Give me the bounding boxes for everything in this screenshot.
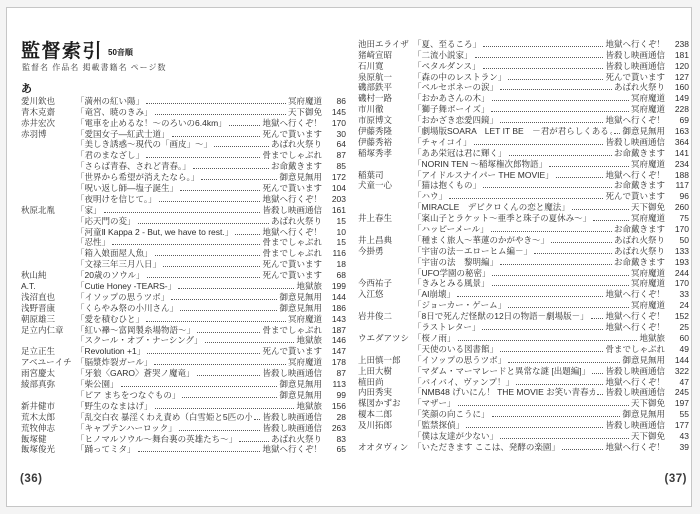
dot-leader: [138, 450, 261, 452]
index-row: 市原博文「おかざき恋愛四鏡」地獄へ行くぞ！69: [358, 114, 689, 125]
dot-leader: [474, 143, 604, 145]
dot-leader: [500, 88, 612, 90]
book-name: 地獄へ行くぞ！: [605, 322, 665, 332]
page-ref: 144: [322, 292, 346, 302]
index-row: 「文禄三年三月八日」死んで貰います18: [21, 258, 346, 269]
dot-leader: [197, 331, 260, 333]
book-name: 地獄へ行くぞ！: [605, 39, 665, 49]
work-title: 「電車を止めるな！〜のろいの6.4km」: [76, 118, 227, 128]
work-title: 「NMB48 げいにん！ THE MOVIE お笑い青春ガールズ！」: [413, 387, 595, 397]
page-ref: 263: [322, 423, 346, 433]
director-name: 及川拓郎: [358, 420, 413, 430]
page-ref: 68: [322, 270, 346, 280]
dot-leader: [180, 189, 260, 191]
index-row: 「世界から希望が消えたなら。」御意見無用172: [21, 171, 346, 182]
page-ref: 322: [665, 366, 689, 376]
page-ref: 144: [665, 355, 689, 365]
dot-leader: [146, 320, 286, 322]
index-row: 「応天門の変」あばれ火祭り15: [21, 215, 346, 226]
director-name: 雨宮慶太: [21, 368, 76, 378]
dot-leader: [235, 233, 260, 235]
dot-leader: [492, 274, 629, 276]
index-row: 赤羽博「愛国女子―紅武士道」死んで貰います30: [21, 128, 346, 139]
page-ref: 170: [665, 224, 689, 234]
book-name: お命戴きます: [614, 257, 665, 267]
book-name: 冥府魔道: [631, 278, 665, 288]
dot-leader: [516, 383, 604, 385]
book-name: 皆殺し映画通信: [262, 368, 322, 378]
dot-leader: [239, 440, 269, 442]
index-row: 「君のまなざし」骨までしゃぶれ87: [21, 149, 346, 160]
work-title: 「森の中のレストラン」: [413, 72, 506, 82]
dot-leader: [147, 276, 261, 278]
page-ref: 64: [322, 139, 346, 149]
page-ref: 28: [322, 412, 346, 422]
book-name: 地獄へ行くぞ！: [262, 227, 322, 237]
page-ref: 55: [665, 409, 689, 419]
page-ref: 120: [665, 61, 689, 71]
work-title: 「忍性」: [76, 237, 110, 247]
dot-leader: [197, 374, 261, 376]
work-title: 「満州の紅い陽」: [76, 96, 144, 106]
page-ref: 149: [665, 93, 689, 103]
index-row: 秋山純「20歳のソウル」死んで貰います68: [21, 269, 346, 280]
work-title: 「Cutie Honey -TEARS-」: [76, 281, 176, 291]
book-name: 地獄旅: [639, 333, 665, 343]
work-title: 「脳漿炸裂ガール」: [76, 357, 152, 367]
director-name: 飯塚健: [21, 434, 76, 444]
dot-leader: [492, 415, 621, 417]
index-row: A.T.「Cutie Honey -TEARS-」地獄旅199: [21, 280, 346, 291]
book-name: 天下御免: [631, 202, 665, 212]
page-ref: 33: [665, 289, 689, 299]
director-name: 伊藤秀裕: [358, 137, 413, 147]
book-name: 皆殺し映画通信: [262, 412, 322, 422]
dot-leader: [483, 45, 603, 47]
dot-leader: [121, 385, 278, 387]
work-title: 「愛国女子―紅武士道」: [76, 129, 170, 139]
page-ref: 163: [665, 126, 689, 136]
dot-leader: [112, 243, 260, 245]
page-ref: 104: [322, 183, 346, 193]
work-title: 「世界から希望が消えたなら。」: [76, 172, 199, 182]
work-title: 「チャイコイ」: [413, 137, 472, 147]
index-row: 猪崎宣昭「二流小説家」皆殺し映画通信181: [358, 49, 689, 60]
book-name: 皆殺し映画通信: [605, 61, 665, 71]
work-title: 「案山子とラケット〜亜季と珠子の夏休み〜」: [413, 213, 591, 223]
dot-leader: [491, 230, 612, 232]
work-title: 「おかあさんの木」: [413, 93, 490, 103]
director-name: 綾部真弥: [21, 379, 76, 389]
director-name: 猪崎宣昭: [358, 50, 413, 60]
index-row: 及川拓郎「監禁探偵」皆殺し映画通信177: [358, 419, 689, 430]
page-ref: 245: [665, 387, 689, 397]
page-ref: 43: [665, 431, 689, 441]
dot-leader: [193, 167, 269, 169]
work-title: 「家」: [76, 205, 102, 215]
book-name: お命戴きます: [614, 224, 665, 234]
book-name: あばれ火祭り: [271, 139, 322, 149]
work-title: 「紅い襷〜富岡製糸場物語〜」: [76, 325, 195, 335]
dot-leader: [592, 372, 603, 374]
index-row: 足立内仁章「紅い襷〜富岡製糸場物語〜」骨までしゃぶれ187: [21, 324, 346, 335]
page-ref: 49: [665, 344, 689, 354]
work-title: 「ジョーカー・ゲーム」: [413, 300, 506, 310]
index-row: 稲葉司「アイドルスナイパー THE MOVIE」地獄へ行くぞ！188: [358, 169, 689, 180]
page-ref: 47: [665, 377, 689, 387]
dot-leader: [154, 363, 286, 365]
dot-leader: [457, 295, 603, 297]
page-ref: 24: [665, 300, 689, 310]
page-ref: 143: [322, 314, 346, 324]
work-title: 「監禁探偵」: [413, 420, 464, 430]
work-title: 「8日で死んだ怪獣の12日の物語－劇場版－」: [413, 311, 589, 321]
index-row: 「宇宙の法 黎明編」お命戴きます193: [358, 256, 689, 267]
page-ref: 177: [665, 420, 689, 430]
dot-leader: [138, 222, 269, 224]
book-name: 御意見無用: [279, 379, 322, 389]
work-title: 「夜明けを信じて。」: [76, 194, 157, 204]
work-title: 「桜ノ雨」: [413, 333, 456, 343]
page-ref: 60: [665, 333, 689, 343]
work-title: 「マダム・マーマレードと異常な謎 [出題編]」: [413, 366, 590, 376]
book-name: 皆殺し映画通信: [605, 366, 665, 376]
index-row: 「ピア まちをつなぐもの」御意見無用99: [21, 389, 346, 400]
director-name: 秋山純: [21, 270, 76, 280]
book-name: 冥府魔道: [288, 357, 322, 367]
dot-leader: [556, 176, 604, 178]
index-row: 飯塚健「ヒノマルソウル〜舞台裏の英雄たち〜」あばれ火祭り83: [21, 433, 346, 444]
page-ref: 146: [322, 335, 346, 345]
work-title: 「宇宙の法 黎明編」: [413, 257, 498, 267]
index-row: 池田エライザ「夏、至るころ」地獄へ行くぞ！238: [358, 38, 689, 49]
dot-leader: [534, 252, 612, 254]
index-row: 磯村一路「おかあさんの木」冥府魔道149: [358, 92, 689, 103]
book-name: 冥府魔道: [631, 268, 665, 278]
book-name: 骨までしゃぶれ: [262, 325, 322, 335]
dot-leader: [483, 67, 604, 69]
index-row: 「呪い返し師―塩子誕生」死んで貰います104: [21, 182, 346, 193]
dot-leader: [458, 339, 638, 341]
index-row: 泉原航一「森の中のレストラン」死んで貰います127: [358, 71, 689, 82]
page-ref: 145: [322, 107, 346, 117]
director-name: 飯塚俊光: [21, 444, 76, 454]
director-name: 池田エライザ: [358, 39, 413, 49]
dot-leader: [171, 298, 277, 300]
index-row: 「箱入娘面屋人魚」骨までしゃぶれ116: [21, 247, 346, 258]
book-name: 御意見無用: [622, 126, 665, 136]
work-title: 「バイバイ、ヴァンプ！」: [413, 377, 514, 387]
dot-leader: [254, 418, 261, 420]
index-row: 新井健市「野生のなまはげ」地獄旅156: [21, 400, 346, 411]
dot-leader: [500, 121, 603, 123]
dot-leader: [155, 407, 295, 409]
dot-leader: [146, 156, 260, 158]
page-ref: 228: [665, 104, 689, 114]
director-name: 今西祐子: [358, 278, 413, 288]
page-ref: 234: [665, 159, 689, 169]
dot-leader: [172, 135, 261, 137]
page-ref: 18: [322, 259, 346, 269]
index-right-column: 池田エライザ「夏、至るころ」地獄へ行くぞ！238猪崎宣昭「二流小説家」皆殺し映画…: [358, 38, 689, 452]
director-name: 青木克齋: [21, 107, 76, 117]
dot-leader: [163, 265, 260, 267]
dot-leader: [500, 263, 612, 265]
dot-leader: [159, 200, 261, 202]
director-name: 磯村一路: [358, 93, 413, 103]
page-ref: 181: [665, 50, 689, 60]
page-ref: 172: [322, 172, 346, 182]
book-name: お命戴きます: [271, 161, 322, 171]
page-ref: 156: [322, 401, 346, 411]
index-row: 「天使のいる図書館」骨までしゃぶれ49: [358, 343, 689, 354]
book-name: 皆殺し映画通信: [262, 205, 322, 215]
work-title: 「20歳のソウル」: [76, 270, 145, 280]
work-title: 「踊ってミタ」: [76, 444, 136, 454]
book-name: 皆殺し映画通信: [605, 387, 665, 397]
book-name: 御意見無用: [279, 390, 322, 400]
director-name: 伊藤秀隆: [358, 126, 413, 136]
director-name: 犬童一心: [358, 180, 413, 190]
work-title: 「アイドルスナイパー THE MOVIE」: [413, 170, 554, 180]
work-title: 「君のまなざし」: [76, 150, 144, 160]
page-ref: 199: [322, 281, 346, 291]
page-ref: 161: [322, 205, 346, 215]
dot-leader: [146, 102, 286, 104]
work-title: 「笑顔の向こうに」: [413, 409, 490, 419]
dot-leader: [508, 306, 629, 308]
work-title: 「二流小説家」: [413, 50, 473, 60]
work-title: 「AI崩壊」: [413, 289, 455, 299]
director-name: オオタヴィン: [358, 442, 413, 452]
index-row: 雨宮慶太「牙狼〈GARO〉蒼哭ノ魔竜」皆殺し映画通信87: [21, 367, 346, 378]
director-name: 新井健市: [21, 401, 76, 411]
director-name: 岩井俊二: [358, 311, 413, 321]
work-title: 「NORIN TEN 〜稲塚権次郎物語」: [413, 159, 547, 169]
book-name: 地獄へ行くぞ！: [605, 311, 665, 321]
dot-leader: [482, 328, 603, 330]
book-name: 地獄旅: [296, 335, 322, 345]
page-ref: 170: [322, 118, 346, 128]
director-name: 入江悠: [358, 289, 413, 299]
dot-leader: [491, 110, 629, 112]
index-row: 「MIRACLE デビクロくんの恋と魔法」天下御免260: [358, 201, 689, 212]
book-name: 死んで貰います: [605, 72, 665, 82]
book-name: 冥府魔道: [631, 300, 665, 310]
work-title: 「ピア まちをつなぐもの」: [76, 390, 180, 400]
director-name: 愛川欽也: [21, 96, 76, 106]
index-row: 足立正生「Revolution +1」死んで貰います147: [21, 345, 346, 356]
book-name: 御意見無用: [622, 355, 665, 365]
index-row: 磯部鉄平「ペルセポネーの涙」あばれ火祭り160: [358, 82, 689, 93]
book-name: 皆殺し映画通信: [605, 50, 665, 60]
book-name: 地獄へ行くぞ！: [262, 194, 322, 204]
book-name: 天下御免: [631, 398, 665, 408]
dot-leader: [179, 429, 261, 431]
index-row: 稲塚秀孝「ああ栄冠は君に輝く」お命戴きます141: [358, 147, 689, 158]
page-ref: 87: [322, 150, 346, 160]
index-row: 「忍性」骨までしゃぶれ15: [21, 237, 346, 248]
dot-leader: [597, 393, 603, 395]
director-name: 赤井宏次: [21, 118, 76, 128]
page-ref: 364: [665, 137, 689, 147]
index-row: アベユーイチ「脳漿炸裂ガール」冥府魔道178: [21, 356, 346, 367]
director-name: 赤羽博: [21, 129, 76, 139]
index-row: 今掛勇「宇宙の法－エローヒム編－」あばれ火祭り133: [358, 245, 689, 256]
dot-leader: [449, 197, 603, 199]
work-title: 「夏、至るころ」: [413, 39, 481, 49]
book-name: 冥府魔道: [631, 213, 665, 223]
index-row: 「僕は友達が少ない」天下御免43: [358, 430, 689, 441]
work-title: 「ああ栄冠は君に輝く」: [413, 148, 507, 158]
book-name: 地獄へ行くぞ！: [605, 115, 665, 125]
index-row: 「ハウ」死んで貰います96: [358, 190, 689, 201]
index-row: 市川徹「獅子舞ボーイズ」冥府魔道228: [358, 103, 689, 114]
page-ref: 141: [665, 148, 689, 158]
book-name: 天下御免: [288, 107, 322, 117]
page-ref: 50: [665, 235, 689, 245]
book-name: 死んで貰います: [605, 191, 665, 201]
book-name: 死んで貰います: [262, 183, 322, 193]
director-name: 市原博文: [358, 115, 413, 125]
book-name: 地獄へ行くぞ！: [605, 170, 665, 180]
director-name: 楳図かずお: [358, 398, 413, 408]
index-row: 赤井宏次「電車を止めるな！〜のろいの6.4km」地獄へ行くぞ！170: [21, 117, 346, 128]
dot-leader: [201, 178, 277, 180]
director-name: ウエダアツシ: [358, 333, 413, 343]
page-ref: 203: [322, 194, 346, 204]
work-title: 「ペタルダンス」: [413, 61, 481, 71]
page-ref: 96: [665, 191, 689, 201]
book-name: 地獄へ行くぞ！: [605, 442, 665, 452]
index-row: 楳図かずお「マザー」天下御免197: [358, 397, 689, 408]
index-row: 「ラストレター」地獄へ行くぞ！25: [358, 321, 689, 332]
page-ref: 30: [322, 129, 346, 139]
work-title: 「応天門の変」: [76, 216, 136, 226]
page-ref: 87: [322, 368, 346, 378]
work-title: 「ラストレター」: [413, 322, 480, 332]
page-ref: 133: [665, 246, 689, 256]
index-row: 「美しき誘惑〜現代の「画皮」〜」あばれ火祭り64: [21, 139, 346, 150]
page-ref: 178: [322, 357, 346, 367]
director-name: アベユーイチ: [21, 357, 76, 367]
page-ref: 39: [665, 442, 689, 452]
work-title: 「天使のいる図書館」: [413, 344, 498, 354]
page-ref: 238: [665, 39, 689, 49]
director-name: 朝原雄三: [21, 314, 76, 324]
page-ref: 244: [665, 268, 689, 278]
director-name: 市川徹: [358, 104, 413, 114]
dot-leader: [549, 165, 629, 167]
page-ref: 193: [665, 257, 689, 267]
book-name: 皆殺し映画通信: [605, 137, 665, 147]
page-ref: 152: [665, 311, 689, 321]
book-name: あばれ火祭り: [271, 216, 322, 226]
index-row: 井上昌典「種まく旅人〜華蓮のかがやき〜」あばれ火祭り50: [358, 234, 689, 245]
page-ref: 187: [322, 325, 346, 335]
work-title: 「きみとみる風景」: [413, 278, 490, 288]
dot-leader: [509, 154, 612, 156]
book-name: お命戴きます: [614, 148, 665, 158]
dot-leader: [458, 404, 629, 406]
book-name: あばれ火祭り: [614, 82, 665, 92]
dot-leader: [475, 56, 604, 58]
book-name: 御意見無用: [622, 409, 665, 419]
index-row: 荒牧伸志「キャプテンハーロック」皆殺し映画通信263: [21, 422, 346, 433]
book-name: 冥府魔道: [631, 104, 665, 114]
dot-leader: [492, 284, 629, 286]
page-ref: 86: [322, 96, 346, 106]
index-row: 「ハッピーメール」お命戴きます170: [358, 223, 689, 234]
book-name: 冥府魔道: [288, 96, 322, 106]
director-name: 荒木太郎: [21, 412, 76, 422]
work-title: 「呪い返し師―塩子誕生」: [76, 183, 178, 193]
work-title: 「獅子舞ボーイズ」: [413, 104, 489, 114]
folio-right: (37): [665, 473, 687, 485]
dot-leader: [500, 350, 603, 352]
director-name: 内田秀実: [358, 387, 413, 397]
page-ref: 65: [322, 444, 346, 454]
dot-leader: [508, 78, 603, 80]
work-title: 「いただきます ここは、発酵の楽園」: [413, 442, 560, 452]
page-ref: 116: [322, 248, 346, 258]
page-ref: 113: [322, 379, 346, 389]
work-title: 「MIRACLE デビクロくんの恋と魔法」: [413, 202, 570, 212]
page-ref: 75: [665, 213, 689, 223]
index-row: 「ジョーカー・ゲーム」冥府魔道24: [358, 299, 689, 310]
work-title: 「ヒノマルソウル〜舞台裏の英雄たち〜」: [76, 434, 237, 444]
director-name: 井上春生: [358, 213, 413, 223]
dot-leader: [180, 309, 277, 311]
folio-left: (36): [20, 473, 42, 485]
page-ref: 15: [322, 237, 346, 247]
dot-leader: [466, 426, 603, 428]
dot-leader: [205, 341, 295, 343]
dot-leader: [182, 396, 277, 398]
book-name: 骨までしゃぶれ: [262, 237, 322, 247]
work-title: 「愛を積むひと」: [76, 314, 144, 324]
book-name: 冥府魔道: [631, 159, 665, 169]
page-ref: 170: [665, 278, 689, 288]
work-title: 「くらやみ祭の小川さん」: [76, 303, 178, 313]
index-row: 伊藤秀隆「劇場版SOARA LET IT BE －君が君らしくあるように－」御意…: [358, 125, 689, 136]
work-title: 「ハッピーメール」: [413, 224, 489, 234]
sort-order-note: 50音順: [108, 48, 133, 57]
director-name: 上田慎一郎: [358, 355, 413, 365]
book-name: 地獄旅: [296, 281, 322, 291]
index-row: オオタヴィン「いただきます ここは、発酵の楽園」地獄へ行くぞ！39: [358, 441, 689, 452]
book-name: 骨までしゃぶれ: [262, 150, 322, 160]
director-name: 上田大樹: [358, 366, 413, 376]
dot-leader: [551, 241, 612, 243]
book-name: 地獄旅: [296, 401, 322, 411]
index-row: ウエダアツシ「桜ノ雨」地獄旅60: [358, 332, 689, 343]
page-ref: 25: [665, 322, 689, 332]
work-title: 「劇場版SOARA LET IT BE －君が君らしくあるように－」: [413, 126, 612, 136]
page-ref: 15: [322, 216, 346, 226]
index-row: 「UFO学園の秘密」冥府魔道244: [358, 267, 689, 278]
dot-leader: [591, 317, 604, 319]
director-name: 足立正生: [21, 346, 76, 356]
index-row: 植田尚「バイバイ、ヴァンプ！」地獄へ行くぞ！47: [358, 376, 689, 387]
page-ref: 69: [665, 115, 689, 125]
page-ref: 160: [665, 82, 689, 92]
work-title: 「牙狼〈GARO〉蒼哭ノ魔竜」: [76, 368, 195, 378]
director-name: 泉原航一: [358, 72, 413, 82]
page-ref: 147: [322, 346, 346, 356]
work-title: 「Revolution +1」: [76, 346, 145, 356]
director-name: 足立内仁章: [21, 325, 76, 335]
